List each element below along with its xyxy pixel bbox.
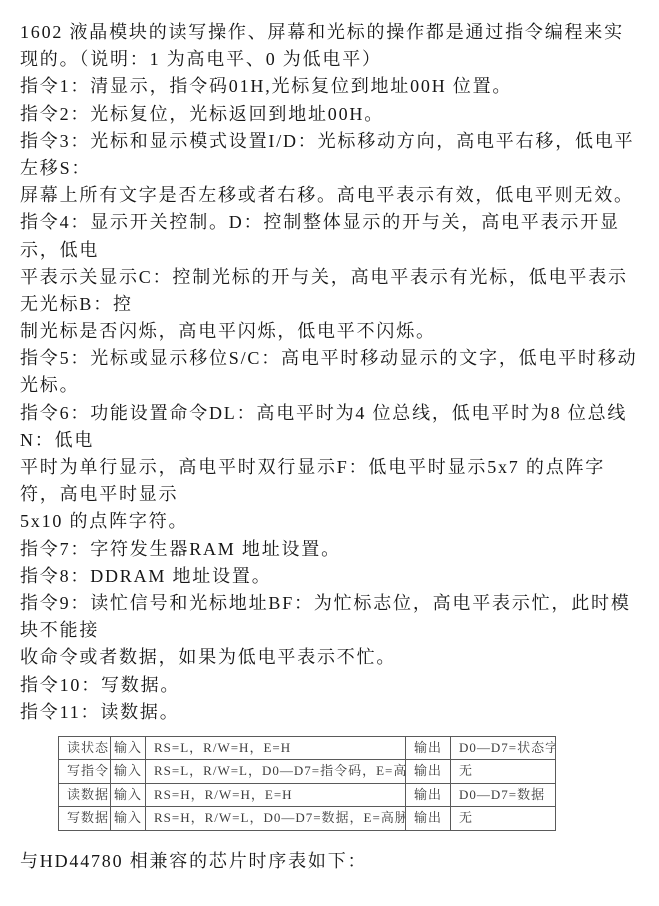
doc-line: 左移S：: [20, 155, 649, 182]
doc-line: 1602 液晶模块的读写操作、屏幕和光标的操作都是通过指令编程来实: [20, 19, 649, 46]
doc-line: 指令2：光标复位，光标返回到地址00H。: [20, 101, 649, 128]
doc-line: 无光标B：控: [20, 291, 649, 318]
doc-line: 光标。: [20, 372, 649, 399]
doc-line: N：低电: [20, 427, 649, 454]
table-row: 写指令 输入 RS=L，R/W=L，D0—D7=指令码，E=高脉冲 输出 无: [59, 760, 556, 783]
doc-line: 平表示关显示C：控制光标的开与关，高电平表示有光标，低电平表示: [20, 264, 649, 291]
doc-line: 指令9：读忙信号和光标地址BF：为忙标志位，高电平表示忙，此时模: [20, 590, 649, 617]
table-row: 读数据 输入 RS=H，R/W=H，E=H 输出 D0—D7=数据: [59, 783, 556, 806]
doc-line: 平时为单行显示，高电平时双行显示F：低电平时显示5x7 的点阵字: [20, 454, 649, 481]
cell-output-label: 输出: [406, 807, 451, 830]
doc-line: 屏幕上所有文字是否左移或者右移。高电平表示有效，低电平则无效。: [20, 182, 649, 209]
doc-line: 5x10 的点阵字符。: [20, 508, 649, 535]
doc-line: 收命令或者数据，如果为低电平表示不忙。: [20, 644, 649, 671]
footer-line: 与HD44780 相兼容的芯片时序表如下：: [20, 848, 649, 875]
doc-line: 指令3：光标和显示模式设置I/D：光标移动方向，高电平右移，低电平: [20, 128, 649, 155]
doc-line: 示，低电: [20, 237, 649, 264]
doc-line: 制光标是否闪烁，高电平闪烁，低电平不闪烁。: [20, 318, 649, 345]
doc-line: 指令5：光标或显示移位S/C：高电平时移动显示的文字，低电平时移动: [20, 345, 649, 372]
doc-line: 指令11：读数据。: [20, 699, 649, 726]
cell-output-label: 输出: [406, 783, 451, 806]
cell-operation: 读状态: [59, 736, 111, 759]
cell-output-value: D0—D7=数据: [451, 783, 556, 806]
cell-output-label: 输出: [406, 736, 451, 759]
lcd-signal-table: 读状态 输入 RS=L，R/W=H，E=H 输出 D0—D7=状态字 写指令 输…: [58, 736, 556, 831]
cell-input-label: 输入: [111, 760, 146, 783]
cell-condition: RS=H，R/W=L，D0—D7=数据，E=高脉冲: [146, 807, 406, 830]
doc-line: 指令10：写数据。: [20, 672, 649, 699]
lcd-signal-table-container: 读状态 输入 RS=L，R/W=H，E=H 输出 D0—D7=状态字 写指令 输…: [58, 736, 649, 831]
cell-operation: 写数据: [59, 807, 111, 830]
cell-input-label: 输入: [111, 736, 146, 759]
doc-line: 指令6：功能设置命令DL：高电平时为4 位总线，低电平时为8 位总线: [20, 400, 649, 427]
cell-condition: RS=L，R/W=L，D0—D7=指令码，E=高脉冲: [146, 760, 406, 783]
cell-input-label: 输入: [111, 807, 146, 830]
doc-line: 块不能接: [20, 617, 649, 644]
table-row: 写数据 输入 RS=H，R/W=L，D0—D7=数据，E=高脉冲 输出 无: [59, 807, 556, 830]
table-row: 读状态 输入 RS=L，R/W=H，E=H 输出 D0—D7=状态字: [59, 736, 556, 759]
cell-output-label: 输出: [406, 760, 451, 783]
document-body: 1602 液晶模块的读写操作、屏幕和光标的操作都是通过指令编程来实 现的。（说明…: [0, 0, 659, 875]
cell-condition: RS=H，R/W=H，E=H: [146, 783, 406, 806]
cell-output-value: D0—D7=状态字: [451, 736, 556, 759]
doc-line: 现的。（说明：1 为高电平、0 为低电平）: [20, 46, 649, 73]
doc-line: 符，高电平时显示: [20, 481, 649, 508]
cell-input-label: 输入: [111, 783, 146, 806]
cell-operation: 写指令: [59, 760, 111, 783]
cell-condition: RS=L，R/W=H，E=H: [146, 736, 406, 759]
doc-line: 指令4：显示开关控制。D：控制整体显示的开与关，高电平表示开显: [20, 209, 649, 236]
document-page: 1602 液晶模块的读写操作、屏幕和光标的操作都是通过指令编程来实 现的。（说明…: [0, 0, 659, 906]
doc-line: 指令8：DDRAM 地址设置。: [20, 563, 649, 590]
cell-output-value: 无: [451, 760, 556, 783]
cell-output-value: 无: [451, 807, 556, 830]
doc-line: 指令7：字符发生器RAM 地址设置。: [20, 536, 649, 563]
doc-line: 指令1：清显示，指令码01H,光标复位到地址00H 位置。: [20, 73, 649, 100]
cell-operation: 读数据: [59, 783, 111, 806]
